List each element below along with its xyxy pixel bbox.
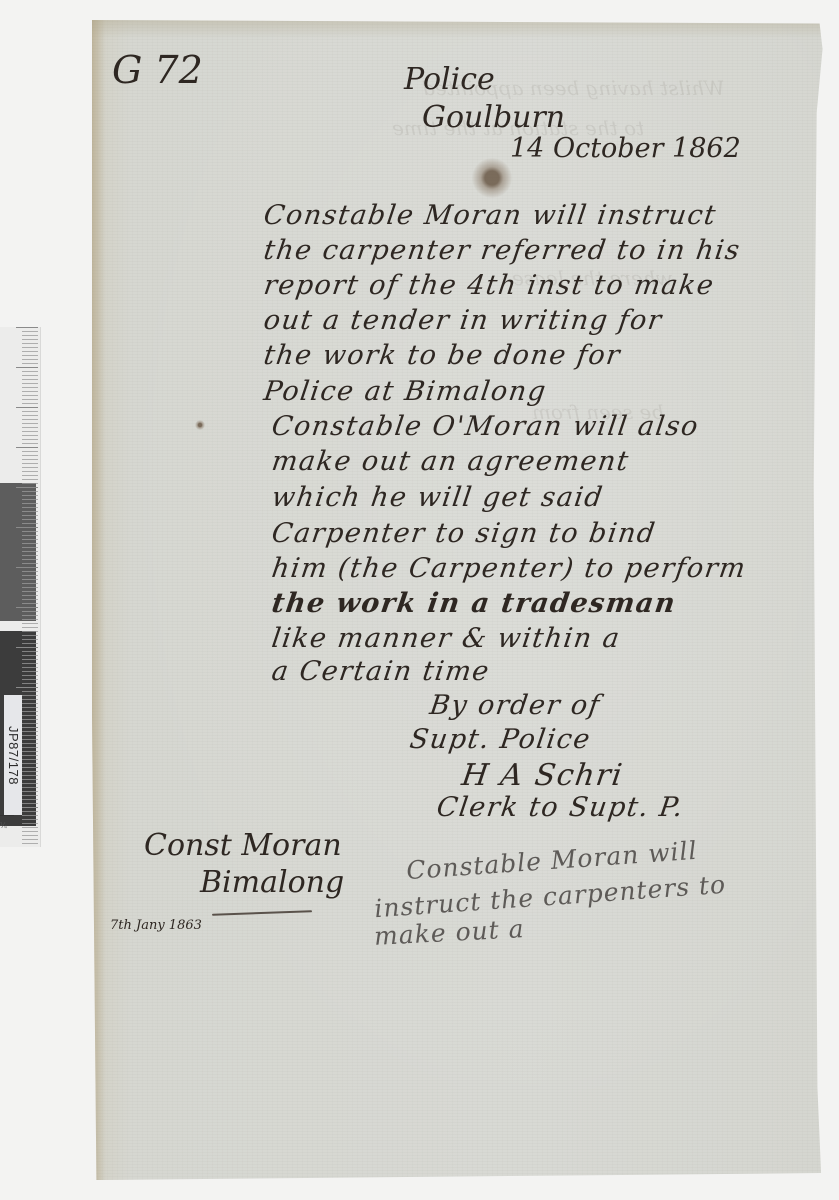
body-line: out a tender in writing for [262,305,665,336]
body-line: the work in a tradesman [270,588,678,619]
body-line: a Certain time [270,656,492,687]
header-place: Goulburn [422,100,565,135]
archive-reference-label: JP87/178 [2,699,24,811]
manuscript-page: Whilst having been appointed to the stat… [92,20,824,1180]
body-line: Police at Bimalong [262,376,549,407]
body-line: report of the 4th inst to make [262,270,717,301]
margin-addressee-name: Const Moran [144,828,342,863]
body-line: him (the Carpenter) to perform [270,553,749,584]
archive-scale-ruler: JP87/178 ¼ [0,327,41,847]
body-line: Carpenter to sign to bind [270,518,658,549]
margin-addressee-place: Bimalong [200,865,344,900]
signature: H A Schri [460,758,626,793]
body-line: make out an agreement [270,446,632,477]
closing-authority: Supt. Police [408,724,593,755]
ink-stain [472,158,512,198]
header-date: 14 October 1862 [510,133,741,164]
paper-left-edge [92,20,106,1180]
margin-date: 7th Jany 1863 [110,918,202,933]
body-line: which he will get said [270,482,606,513]
closing-by-order: By order of [428,690,603,721]
ruler-divider [0,815,14,816]
ruler-scale-marking: ¼ [0,821,7,830]
signatory-title: Clerk to Supt. P. [435,792,686,823]
folio-mark: G 72 [112,48,203,92]
ink-spot [195,420,205,430]
body-line: like manner & within a [270,623,623,654]
body-line: Constable O'Moran will also [270,411,701,442]
body-line: the work to be done for [262,340,623,371]
header-department: Police [404,62,495,97]
body-line: Constable Moran will instruct [262,200,719,231]
body-line: the carpenter referred to in his [262,235,743,266]
paper-top-edge [92,20,824,38]
